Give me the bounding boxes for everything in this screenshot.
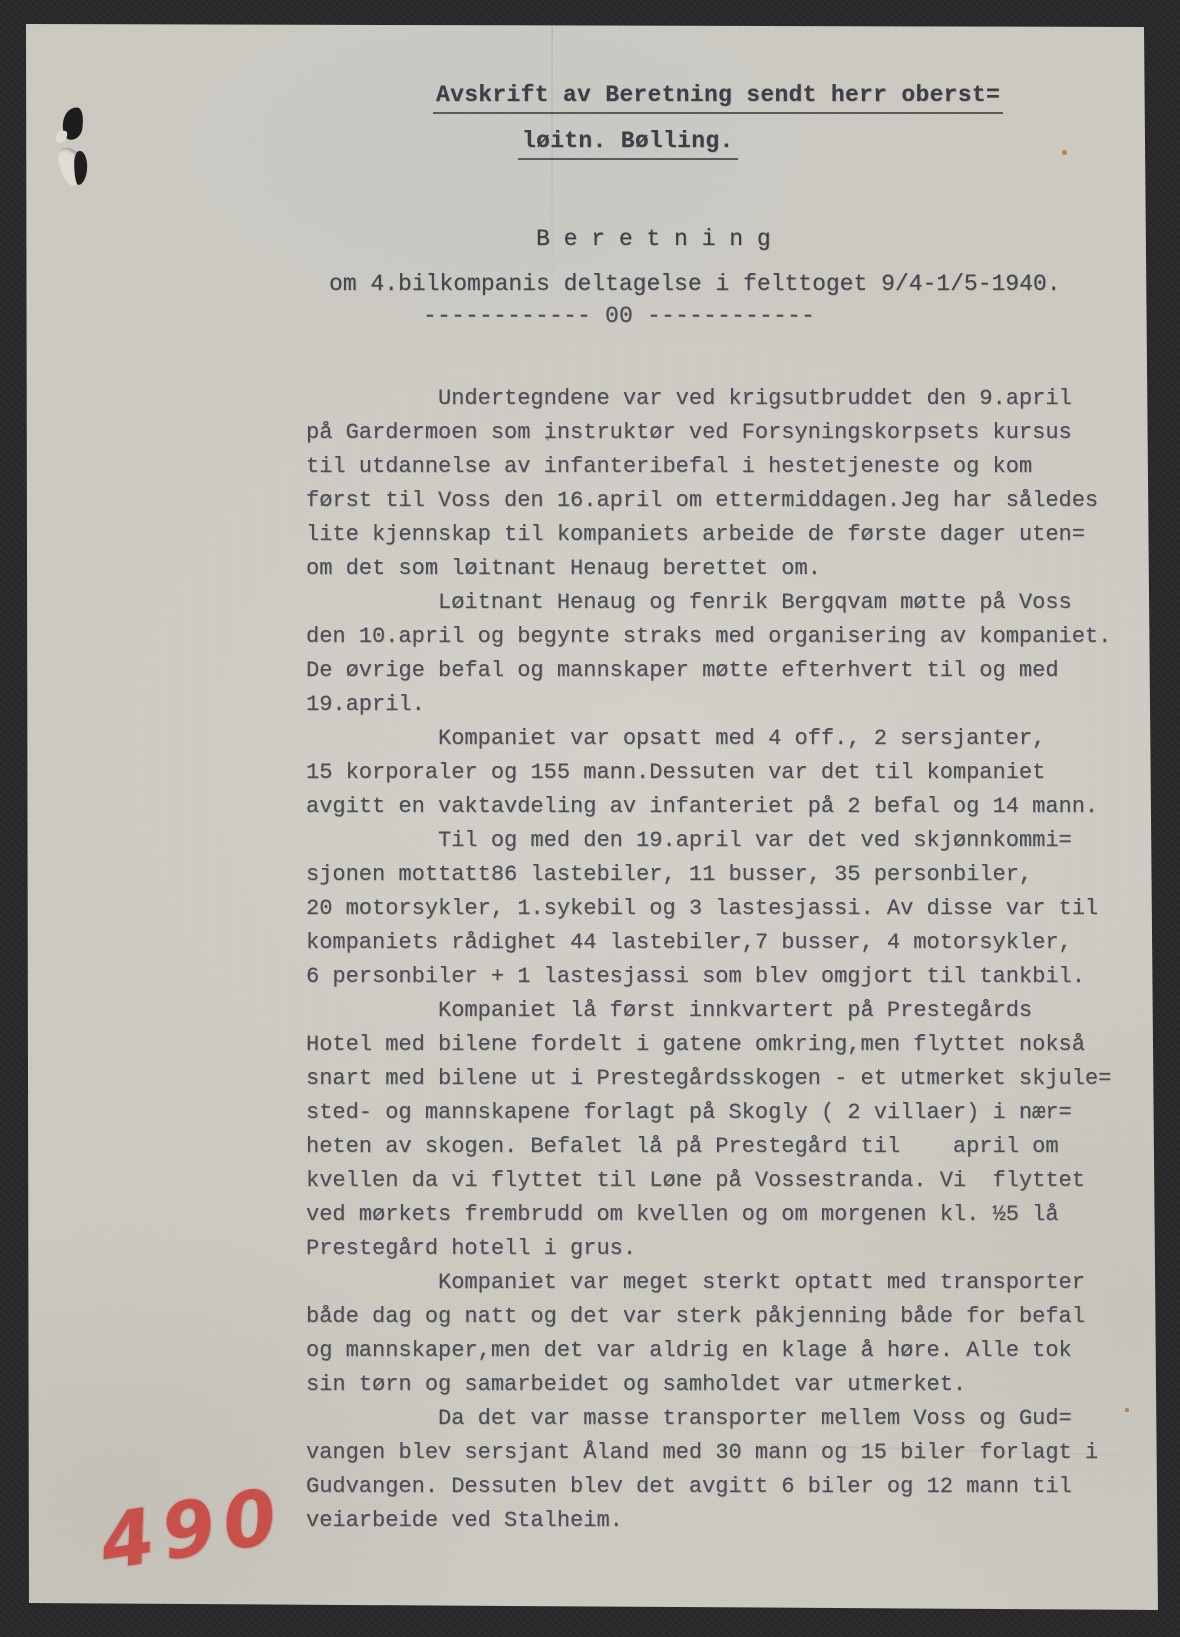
typed-line: først til Voss den 16.april om ettermidd… (306, 484, 1136, 518)
typed-line: snart med bilene ut i Prestegårdsskogen … (306, 1062, 1136, 1096)
typed-line: lite kjennskap til kompaniets arbeide de… (306, 518, 1136, 552)
typed-line: Gudvangen. Dessuten blev det avgitt 6 bi… (306, 1470, 1136, 1504)
typed-line: Kompaniet var opsatt med 4 off., 2 sersj… (306, 722, 1136, 756)
typed-line: 15 korporaler og 155 mann.Dessuten var d… (306, 756, 1136, 790)
typed-line: 20 motorsykler, 1.sykebil og 3 lastesjas… (306, 892, 1136, 926)
typed-line: Undertegndene var ved krigsutbruddet den… (306, 382, 1136, 416)
document-title-line1: Avskrift av Beretning sendt herr oberst= (433, 82, 1003, 114)
typed-line: heten av skogen. Befalet lå på Prestegår… (306, 1130, 1136, 1164)
report-subtitle: om 4.bilkompanis deltagelse i felttoget … (329, 271, 1061, 297)
typed-line: sin tørn og samarbeidet og samholdet var… (306, 1368, 1136, 1402)
paper-sheet: Avskrift av Beretning sendt herr oberst=… (0, 0, 1180, 1637)
typed-line: Kompaniet lå først innkvartert på Preste… (306, 994, 1136, 1028)
typed-line: Løitnant Henaug og fenrik Bergqvam møtte… (306, 586, 1136, 620)
scanned-document-page: Avskrift av Beretning sendt herr oberst=… (0, 0, 1180, 1637)
report-heading: B e r e t n i n g (536, 226, 771, 252)
typed-line: veiarbeide ved Stalheim. (306, 1504, 1136, 1538)
typed-line: 6 personbiler + 1 lastesjassi som blev o… (306, 960, 1136, 994)
typed-line: kompaniets rådighet 44 lastebiler,7 buss… (306, 926, 1136, 960)
typed-line: ved mørkets frembrudd om kvellen og om m… (306, 1198, 1136, 1232)
typed-line: Da det var masse transporter mellem Voss… (306, 1402, 1136, 1436)
typed-line: Hotel med bilene fordelt i gatene omkrin… (306, 1028, 1136, 1062)
typed-line: både dag og natt og det var sterk påkjen… (306, 1300, 1136, 1334)
typed-line: avgitt en vaktavdeling av infanteriet på… (306, 790, 1136, 824)
typed-line: Prestegård hotell i grus. (306, 1232, 1136, 1266)
paper-speck (1062, 150, 1067, 155)
typed-line: Kompaniet var meget sterkt optatt med tr… (306, 1266, 1136, 1300)
paper-tear-hole-bottom (57, 146, 87, 189)
document-title-line2: løitn. Bølling. (518, 128, 738, 160)
typed-line: til utdannelse av infanteribefal i heste… (306, 450, 1136, 484)
typed-body: Undertegndene var ved krigsutbruddet den… (306, 382, 1136, 1538)
typed-line: De øvrige befal og mannskaper møtte efte… (306, 654, 1136, 688)
typed-line: sjonen mottatt86 lastebiler, 11 busser, … (306, 858, 1136, 892)
archive-scan: { "document": { "title_line1": "Avskrift… (0, 0, 1180, 1637)
section-divider: ------------ 00 ------------ (423, 303, 815, 329)
typed-line: 19.april. (306, 688, 1136, 722)
typed-line: og mannskaper,men det var aldrig en klag… (306, 1334, 1136, 1368)
typed-line: Til og med den 19.april var det ved skjø… (306, 824, 1136, 858)
typed-line: om det som løitnant Henaug berettet om. (306, 552, 1136, 586)
paper-tear-hole-top (61, 106, 86, 142)
archive-page-number-annotation: 490 (94, 1470, 291, 1587)
typed-line: vangen blev sersjant Åland med 30 mann o… (306, 1436, 1136, 1470)
typed-line: kvellen da vi flyttet til Løne på Vosses… (306, 1164, 1136, 1198)
typed-line: sted- og mannskapene forlagt på Skogly (… (306, 1096, 1136, 1130)
typed-line: den 10.april og begynte straks med organ… (306, 620, 1136, 654)
typed-line: på Gardermoen som instruktør ved Forsyni… (306, 416, 1136, 450)
